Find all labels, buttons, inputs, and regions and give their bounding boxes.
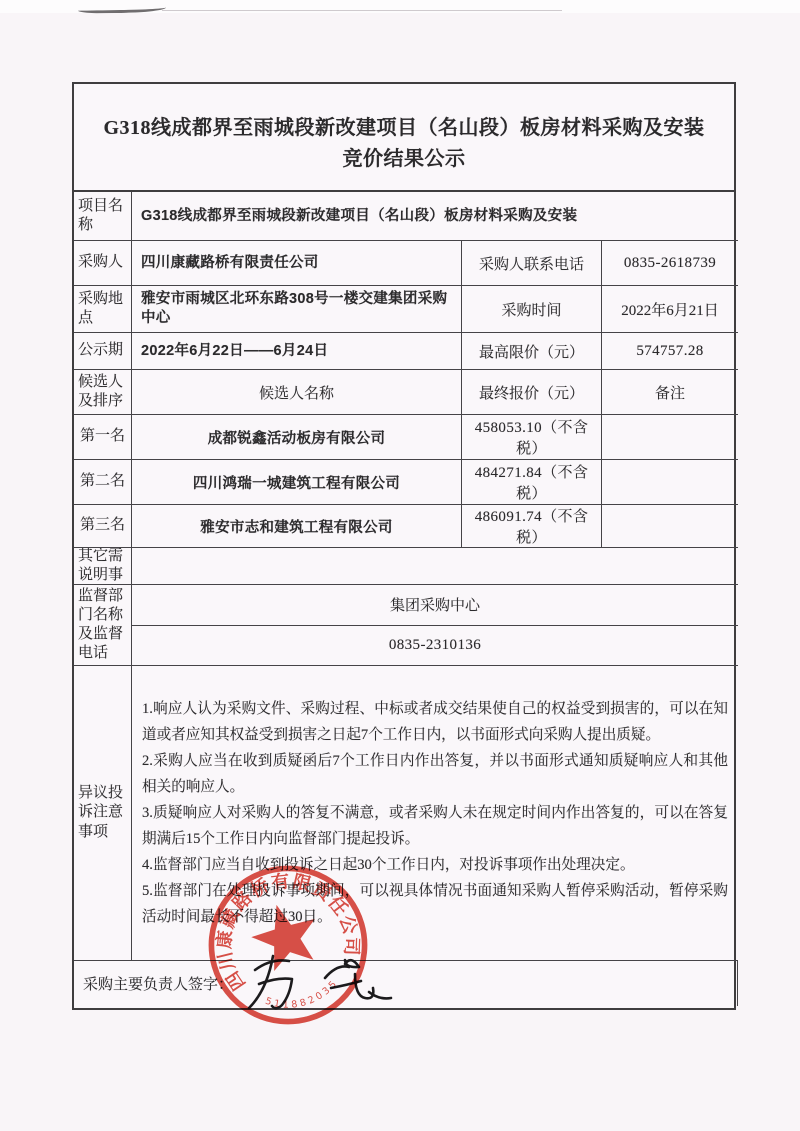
- location-value: 雅安市雨城区北环东路308号一楼交建集团采购中心: [132, 286, 462, 333]
- candidate-2-note: [602, 460, 738, 505]
- candidate-rank-header: 候选人及排序: [74, 370, 132, 415]
- other-notes-value: [132, 548, 738, 585]
- info-grid: 项目名称 G318线成都界至雨城段新改建项目（名山段）板房材料采购及安装 采购人…: [74, 192, 734, 1006]
- objection-item-5: 5.监督部门在处理投诉事项期间，可以视具体情况书面通知采购人暂停采购活动，暂停采…: [142, 878, 728, 930]
- note-header: 备注: [602, 370, 738, 415]
- objection-item-3: 3.质疑响应人对采购人的答复不满意，或者采购人未在规定时间内作出答复的，可以在答…: [142, 800, 728, 852]
- announcement-table: G318线成都界至雨城段新改建项目（名山段）板房材料采购及安装 竞价结果公示 项…: [72, 82, 736, 1010]
- document-title: G318线成都界至雨城段新改建项目（名山段）板房材料采购及安装 竞价结果公示: [74, 84, 734, 192]
- signature-row: 采购主要负责人签字：: [74, 961, 738, 1006]
- project-name-label: 项目名称: [74, 192, 132, 241]
- purchaser-phone-label: 采购人联系电话: [462, 241, 602, 286]
- candidate-1-name: 成都锐鑫活动板房有限公司: [132, 415, 462, 460]
- candidate-name-header: 候选人名称: [132, 370, 462, 415]
- purchase-time-value: 2022年6月21日: [602, 286, 738, 333]
- candidate-1-price: 458053.10（不含税）: [462, 415, 602, 460]
- max-price-value: 574757.28: [602, 333, 738, 370]
- supervision-values: 集团采购中心 0835-2310136: [132, 585, 738, 666]
- candidate-3-rank: 第三名: [74, 505, 132, 548]
- candidate-2-rank: 第二名: [74, 460, 132, 505]
- objection-label: 异议投诉注意事项: [74, 666, 132, 961]
- final-price-header: 最终报价（元）: [462, 370, 602, 415]
- publicity-period-value: 2022年6月22日——6月24日: [132, 333, 462, 370]
- supervision-label: 监督部门名称及监督电话: [74, 585, 132, 666]
- purchaser-label: 采购人: [74, 241, 132, 286]
- candidate-3-name: 雅安市志和建筑工程有限公司: [132, 505, 462, 548]
- purchaser-value: 四川康藏路桥有限责任公司: [132, 241, 462, 286]
- scan-artifact-line: [162, 10, 562, 11]
- supervision-phone: 0835-2310136: [132, 626, 738, 666]
- candidate-2-name: 四川鸿瑞一城建筑工程有限公司: [132, 460, 462, 505]
- supervision-dept: 集团采购中心: [132, 585, 738, 626]
- candidate-1-rank: 第一名: [74, 415, 132, 460]
- candidate-3-note: [602, 505, 738, 548]
- objection-item-1: 1.响应人认为采购文件、采购过程、中标或者成交结果使自己的权益受到损害的，可以在…: [142, 696, 728, 748]
- purchase-time-label: 采购时间: [462, 286, 602, 333]
- location-label: 采购地点: [74, 286, 132, 333]
- objection-item-2: 2.采购人应当在收到质疑函后7个工作日内作出答复，并以书面形式通知质疑响应人和其…: [142, 748, 728, 800]
- signature-label: 采购主要负责人签字：: [83, 973, 233, 994]
- publicity-period-label: 公示期: [74, 333, 132, 370]
- purchaser-phone-value: 0835-2618739: [602, 241, 738, 286]
- candidate-2-price: 484271.84（不含税）: [462, 460, 602, 505]
- max-price-label: 最高限价（元）: [462, 333, 602, 370]
- candidate-1-note: [602, 415, 738, 460]
- project-name-value: G318线成都界至雨城段新改建项目（名山段）板房材料采购及安装: [132, 192, 738, 241]
- objection-item-4: 4.监督部门应当自收到投诉之日起30个工作日内，对投诉事项作出处理决定。: [142, 852, 635, 878]
- objection-text: 1.响应人认为采购文件、采购过程、中标或者成交结果使自己的权益受到损害的，可以在…: [132, 666, 738, 961]
- title-line-2: 竞价结果公示: [343, 144, 466, 175]
- title-line-1: G318线成都界至雨城段新改建项目（名山段）板房材料采购及安装: [103, 113, 704, 144]
- candidate-3-price: 486091.74（不含税）: [462, 505, 602, 548]
- other-notes-label: 其它需说明事: [74, 548, 132, 585]
